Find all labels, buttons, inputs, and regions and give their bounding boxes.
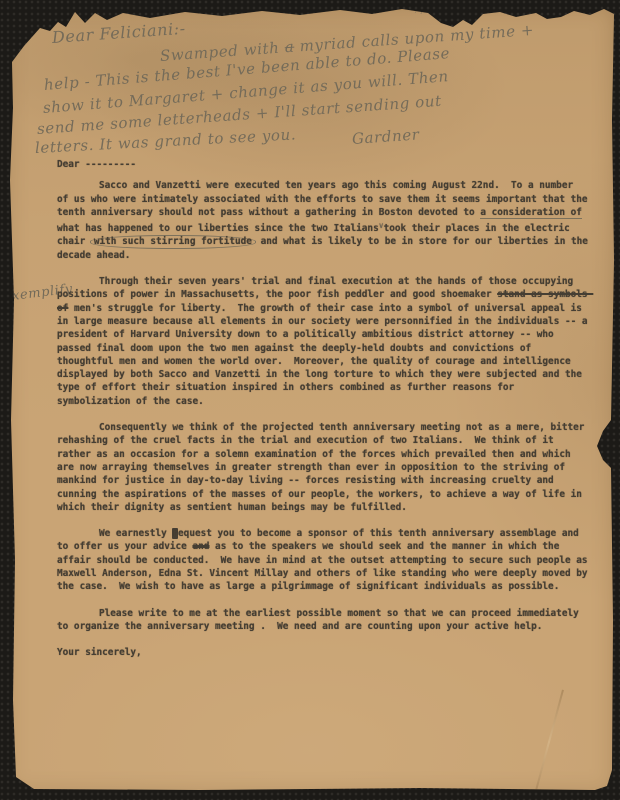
- gardner-signature: Gardner: [351, 125, 420, 148]
- pencil-circled-phrase: with such stirring fortitude: [90, 235, 256, 249]
- date-annotation: 7/12/37: [413, 0, 464, 16]
- paragraph-5: Please write to me at the earliest possi…: [57, 607, 590, 634]
- note-line-salutation: Dear Feliciani:-: [51, 19, 186, 47]
- paragraph-2: Through their seven years' trial and fin…: [57, 275, 590, 408]
- x-ed-out-word: and: [192, 541, 209, 552]
- paragraph-3: Consequently we think of the projected t…: [57, 421, 590, 514]
- paragraph-4: We earnestly request you to become a spo…: [57, 527, 590, 593]
- typed-letter: Dear --------- Sacco and Vanzetti were e…: [57, 158, 590, 673]
- scan-background: { "colors": { "background": "#1c1a17", "…: [0, 0, 620, 800]
- closing-line: Your sincerely,: [57, 646, 590, 659]
- paragraph-1: Sacco and Vanzetti were executed ten yea…: [57, 179, 590, 262]
- salutation-line: Dear ---------: [57, 158, 590, 171]
- letter-paper: 7/12/37 Dear Feliciani:- Swamped with a …: [0, 0, 620, 800]
- p4-text-a: We earnestly: [99, 528, 172, 539]
- p2-text-b: men's struggle for liberty. The growth o…: [57, 303, 593, 407]
- crease-mark: [534, 690, 564, 795]
- pencil-underlined-phrase: a consideration of: [480, 207, 582, 219]
